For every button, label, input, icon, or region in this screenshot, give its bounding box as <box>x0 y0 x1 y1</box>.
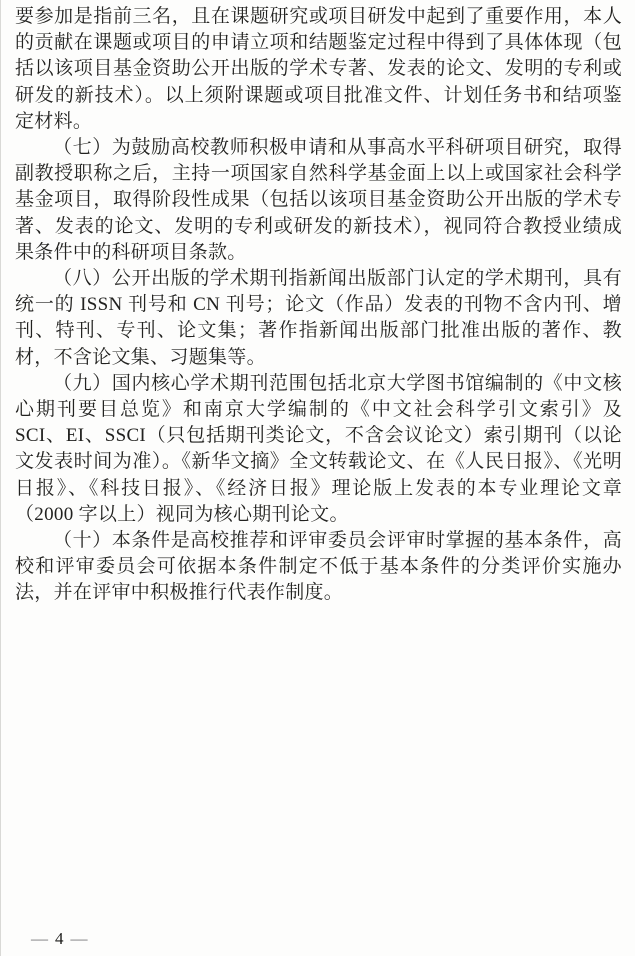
page-number-right-dash: — <box>65 929 95 948</box>
paragraph-item-7: （七）为鼓励高校教师积极申请和从事高水平科研项目研究，取得副教授职称之后，主持一… <box>15 135 622 266</box>
paragraph-continuation: 要参加是指前三名，且在课题研究或项目研发中起到了重要作用，本人的贡献在课题或项目… <box>15 4 622 135</box>
page-number: —4— <box>25 929 95 949</box>
page-number-left-dash: — <box>25 929 55 948</box>
page-number-value: 4 <box>55 929 65 948</box>
paragraph-item-10: （十）本条件是高校推荐和评审委员会评审时掌握的基本条件，高校和评审委员会可依据本… <box>15 528 622 607</box>
paragraph-item-8: （八）公开出版的学术期刊指新闻出版部门认定的学术期刊，具有统一的 ISSN 刊号… <box>15 266 622 371</box>
document-page: 要参加是指前三名，且在课题研究或项目研发中起到了重要作用，本人的贡献在课题或项目… <box>0 0 635 956</box>
paragraph-item-9: （九）国内核心学术期刊范围包括北京大学图书馆编制的《中文核心期刊要目总览》和南京… <box>15 371 622 528</box>
body-text: 要参加是指前三名，且在课题研究或项目研发中起到了重要作用，本人的贡献在课题或项目… <box>15 4 622 607</box>
